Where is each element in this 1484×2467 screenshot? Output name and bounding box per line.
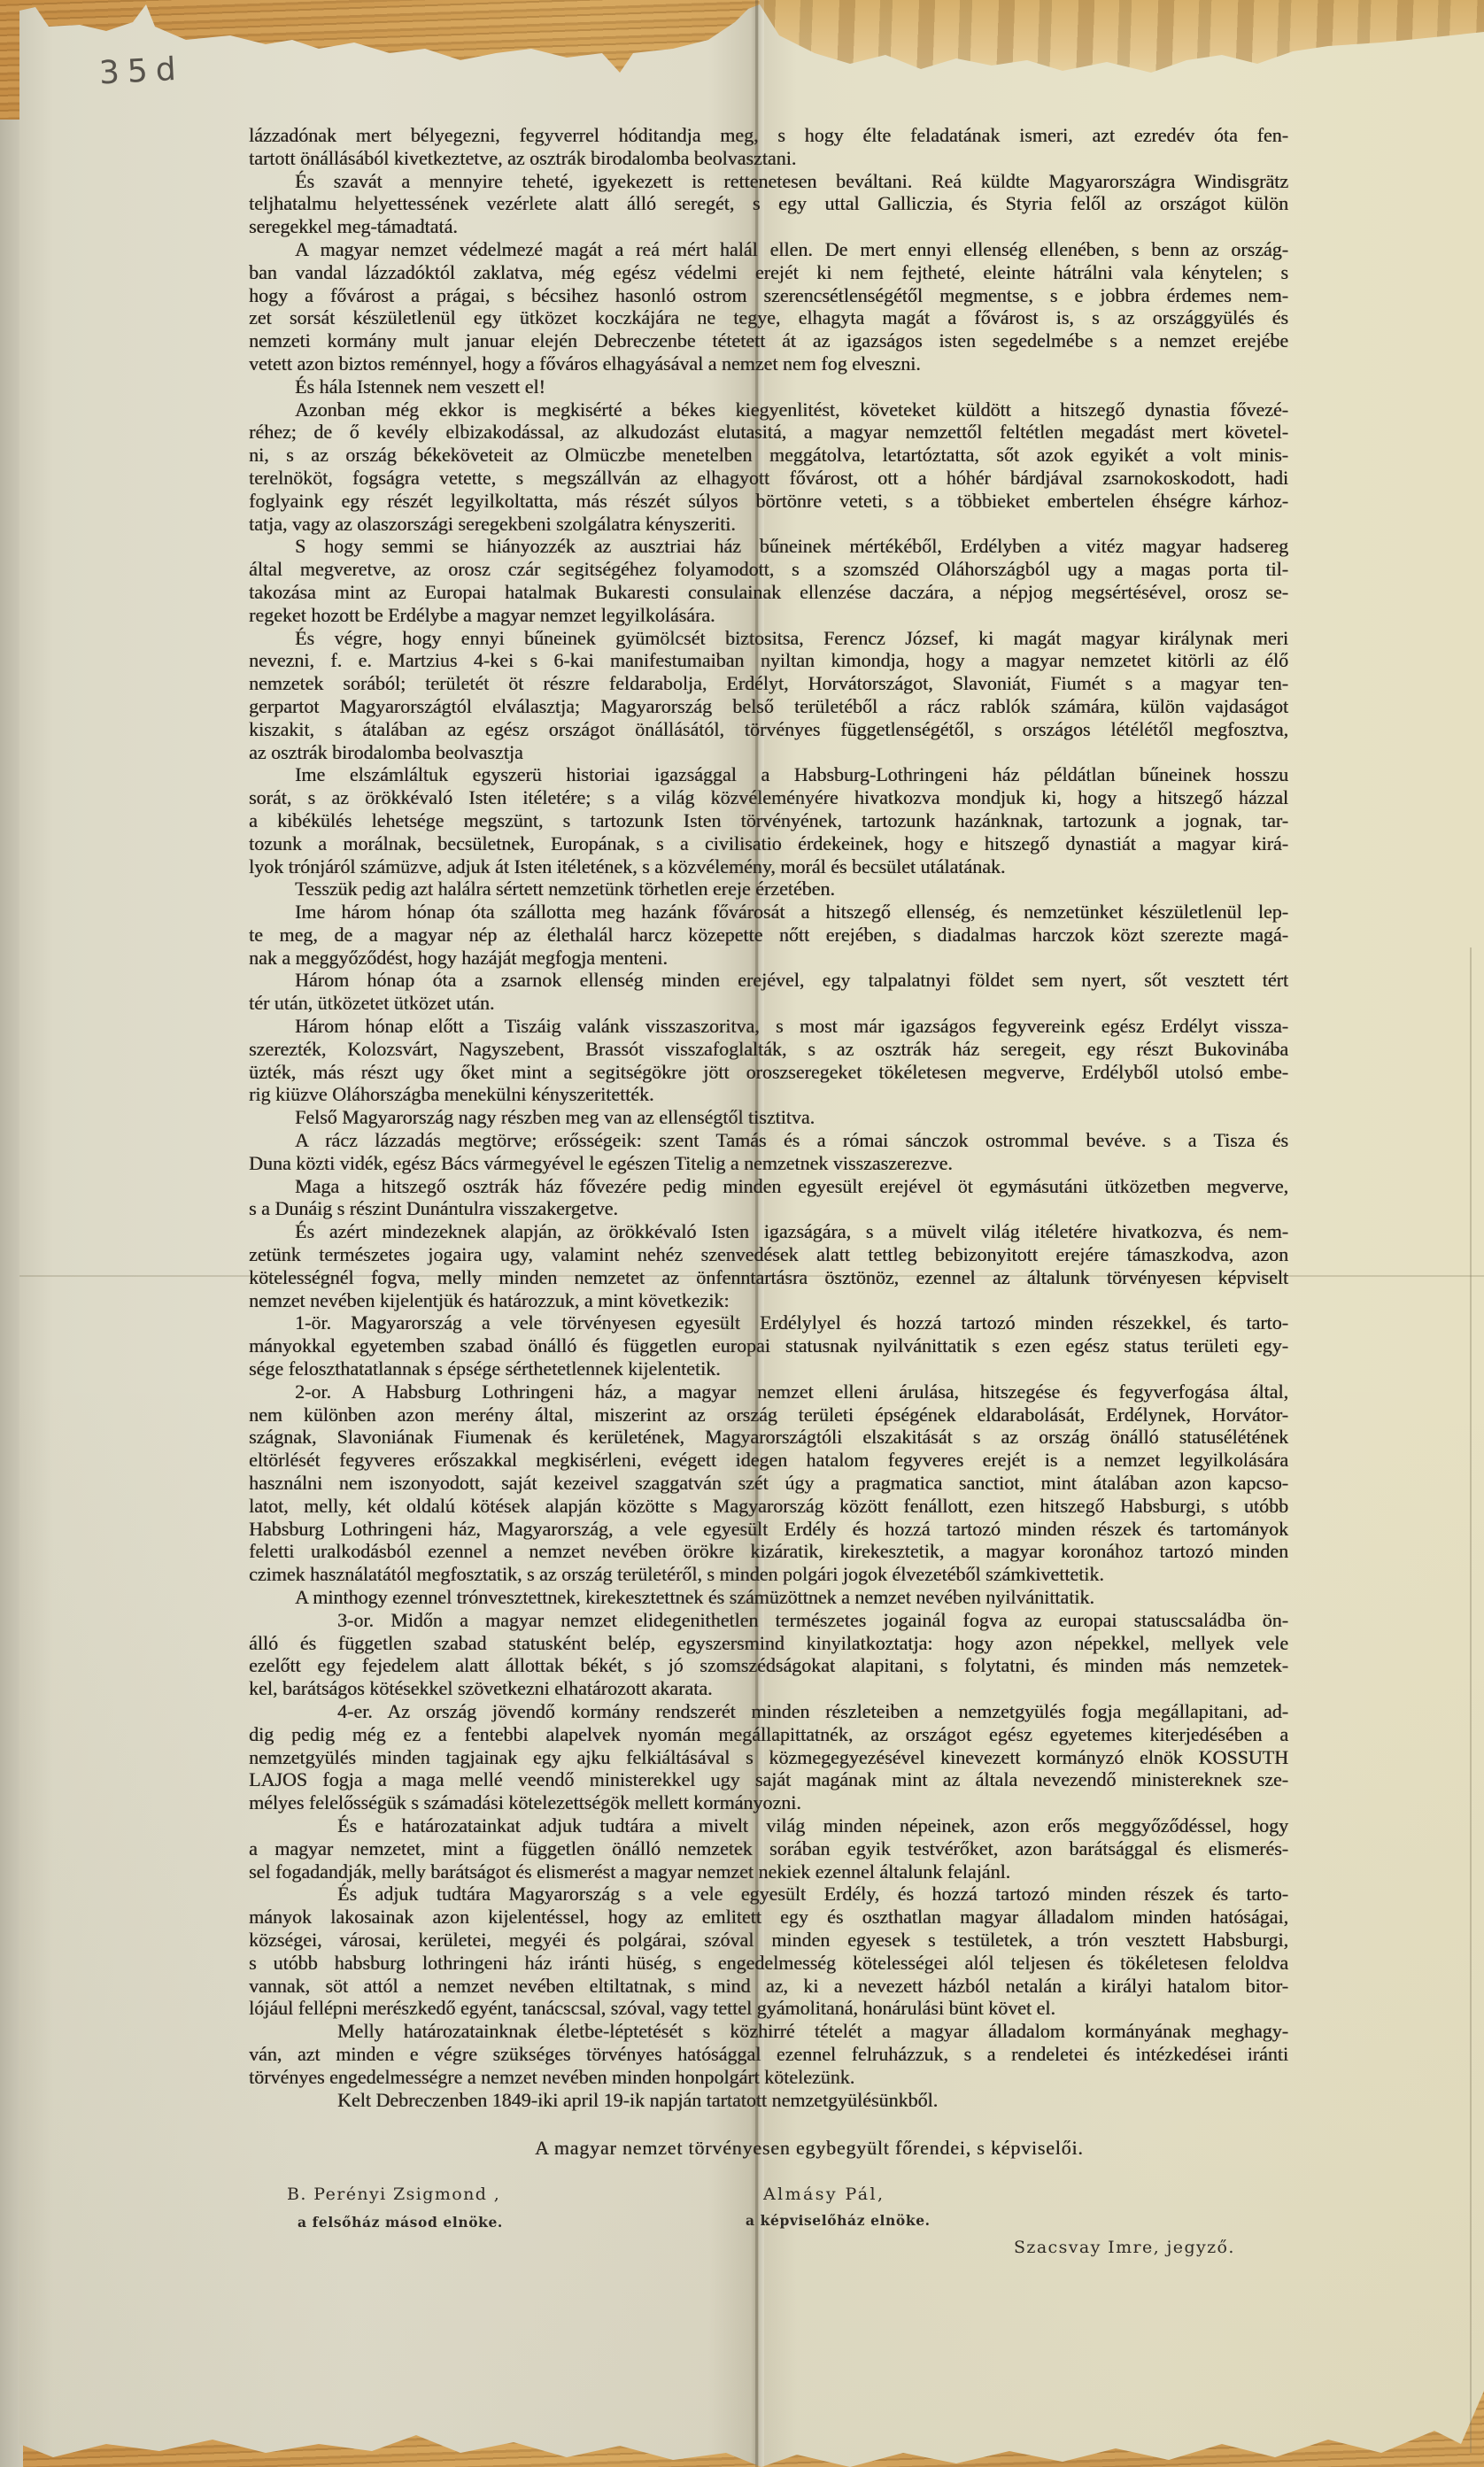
text-line: LAJOS fogja a maga mellé veendő minister… xyxy=(249,1768,1288,1791)
text-line: 1-ör. Magyarország a vele törvényesen eg… xyxy=(249,1311,1288,1334)
text-line: te meg, de a magyar nép az élethalál har… xyxy=(249,924,1288,947)
text-line: eltörlését fegyveres erőszakkal megkisér… xyxy=(249,1449,1288,1472)
text-line: ban vandal lázzadóktól zaklatva, még egé… xyxy=(249,261,1288,284)
text-line: És e határozatainkat adjuk tudtára a miv… xyxy=(249,1814,1288,1837)
text-line: a magyar nemzetet, mint a független önál… xyxy=(249,1837,1288,1860)
text-line: Három hónap előtt a Tiszáig valánk vissz… xyxy=(249,1015,1288,1038)
text-line: nevezni, f. e. Martzius 4-kei s 6-kai ma… xyxy=(249,649,1288,672)
paragraph: A magyar nemzet védelmezé magát a reá mé… xyxy=(249,238,1288,375)
text-line: kel, barátságos kötésekkel szövetkezni e… xyxy=(249,1677,1288,1700)
paragraph: Felső Magyarország nagy részben meg van … xyxy=(249,1106,1288,1129)
text-line: dig pedig még ez a fentebbi alapelvek ny… xyxy=(249,1723,1288,1746)
paragraph: S hogy semmi se hiányozzék az ausztriai … xyxy=(249,535,1288,626)
paragraph: És adjuk tudtára Magyarország s a vele e… xyxy=(249,1883,1288,2020)
paragraph: Három hónap előtt a Tiszáig valánk vissz… xyxy=(249,1015,1288,1106)
text-line: s a Dunáig s részint Dunántulra visszake… xyxy=(249,1197,1288,1220)
text-line: teljhatalmu helyettessének vezérlete ala… xyxy=(249,192,1288,215)
paragraph: A rácz lázzadás megtörve; erősségeik: sz… xyxy=(249,1129,1288,1175)
paragraph: Tesszük pedig azt halálra sértett nemzet… xyxy=(249,878,1288,901)
text-line: törvényes engedelmességre a nemzet nevéb… xyxy=(249,2066,1288,2089)
text-line: 3-or. Midőn a magyar nemzet elidegenithe… xyxy=(249,1609,1288,1632)
text-line: 4-er. Az ország jövendő kormány rendszer… xyxy=(249,1700,1288,1723)
signature-title: a felsőház másod elnöke. xyxy=(298,2214,503,2231)
text-line: A rácz lázzadás megtörve; erősségeik: sz… xyxy=(249,1129,1288,1152)
declaration-body: lázzadónak mert bélyegezni, fegyverrel h… xyxy=(249,124,1288,2111)
text-line: szerezték, Kolozsvárt, Nagyszebent, Bras… xyxy=(249,1038,1288,1061)
right-sheet-edge xyxy=(1470,947,1472,2453)
text-line: takozása mint az Europai hatalmak Bukare… xyxy=(249,581,1288,604)
text-line: vannak, söt attól a nemzet nevében eltil… xyxy=(249,1975,1288,1998)
handwritten-annotation: 35d xyxy=(98,51,185,92)
text-line: És adjuk tudtára Magyarország s a vele e… xyxy=(249,1883,1288,1906)
text-line: lyok trónjáról számüzve, adjuk át Isten … xyxy=(249,855,1288,878)
text-line: nem különben azon merény által, miszerin… xyxy=(249,1404,1288,1427)
text-line: terelnököt, fogságra vetette, s megszáll… xyxy=(249,467,1288,490)
text-line: foglyaink egy részét legyilkoltatta, más… xyxy=(249,490,1288,513)
paragraph: Ime elszámláltuk egyszerü historiai igaz… xyxy=(249,763,1288,878)
text-line: álló és független szabad statusként belé… xyxy=(249,1632,1288,1655)
paragraph: Maga a hitszegő osztrák ház fővezére ped… xyxy=(249,1175,1288,1221)
text-line: réhez; de ő kevély elbizakodással, az al… xyxy=(249,421,1288,444)
text-line: tér után, ütközetet ütközet után. xyxy=(249,992,1288,1015)
text-line: községei, városai, kerületei, megyéi és … xyxy=(249,1929,1288,1952)
text-line: által megveretve, az orosz czár segitség… xyxy=(249,558,1288,581)
paragraph: És hála Istennek nem veszett el! xyxy=(249,375,1288,398)
text-line: A magyar nemzet védelmezé magát a reá mé… xyxy=(249,238,1288,261)
text-line: zetünk természetes jogaira ugy, valamint… xyxy=(249,1243,1288,1266)
signature-title: a képviselőház elnöke. xyxy=(746,2212,931,2229)
text-line: gerpartot Magyarországtól elválasztja; M… xyxy=(249,695,1288,718)
text-line: sel fogadandják, melly barátságot és eli… xyxy=(249,1860,1288,1883)
text-line: regeket hozott be Erdélybe a magyar nemz… xyxy=(249,604,1288,627)
text-line: rig kiüzve Oláhországba menekülni kénysz… xyxy=(249,1083,1288,1106)
text-line: A minthogy ezennel trónvesztettnek, kire… xyxy=(249,1586,1288,1609)
text-line: használni nem iszonyodott, saját kezeive… xyxy=(249,1472,1288,1495)
text-line: az osztrák birodalomba beolvasztja xyxy=(249,741,1288,764)
text-line: mányokkal egyetemben szabad önálló és fü… xyxy=(249,1334,1288,1357)
paragraph: lázzadónak mert bélyegezni, fegyverrel h… xyxy=(249,124,1288,170)
text-line: lójául fellépni merészkedő egyént, tanác… xyxy=(249,1997,1288,2020)
paragraph: És azért mindezeknek alapján, az örökkév… xyxy=(249,1220,1288,1311)
text-line: És hála Istennek nem veszett el! xyxy=(249,375,1288,398)
text-line: lázzadónak mert bélyegezni, fegyverrel h… xyxy=(249,124,1288,147)
text-line: nemzetgyülés minden tagjainak egy ajku f… xyxy=(249,1746,1288,1769)
text-line: 2-or. A Habsburg Lothringeni ház, a magy… xyxy=(249,1380,1288,1404)
text-line: ezelőtt egy fejedelem alatt állottak bék… xyxy=(249,1654,1288,1677)
text-line: És azért mindezeknek alapján, az örökkév… xyxy=(249,1220,1288,1243)
text-line: tozunk a morálnak, becsületnek, Europána… xyxy=(249,832,1288,855)
text-line: Ime elszámláltuk egyszerü historiai igaz… xyxy=(249,763,1288,786)
text-line: seregekkel meg-támadtatá. xyxy=(249,215,1288,238)
paragraph: Ime három hónap óta szállotta meg hazánk… xyxy=(249,901,1288,969)
dateline: Kelt Debreczenben 1849-iki april 19-ik n… xyxy=(249,2089,1288,2112)
signature-name: Szacsvay Imre, jegyző. xyxy=(1014,2238,1235,2257)
text-line: ván, azt minden e végre szükséges törvén… xyxy=(249,2043,1288,2066)
text-line: S hogy semmi se hiányozzék az ausztriai … xyxy=(249,535,1288,558)
text-line: kiszakit, s átalában az egész országot ö… xyxy=(249,718,1288,741)
signature-name: Almásy Pál, xyxy=(763,2185,885,2204)
text-line: nak a meggyőződést, hogy hazáját megfogj… xyxy=(249,947,1288,970)
text-line: ni, s az ország békeköveteit az Olmüczbe… xyxy=(249,444,1288,467)
text-line: Azonban még ekkor is megkisérté a békes … xyxy=(249,398,1288,421)
text-line: És végre, hogy ennyi bűneinek gyümölcsét… xyxy=(249,627,1288,650)
paragraph: És e határozatainkat adjuk tudtára a miv… xyxy=(249,1814,1288,1883)
text-line: Melly határozatainknak életbe-léptetését… xyxy=(249,2020,1288,2043)
paragraph: Azonban még ekkor is megkisérté a békes … xyxy=(249,398,1288,536)
paragraph-article-1: 1-ör. Magyarország a vele törvényesen eg… xyxy=(249,1311,1288,1380)
text-line: Maga a hitszegő osztrák ház fővezére ped… xyxy=(249,1175,1288,1198)
text-line: s utóbb habsburg lothringeni ház iránti … xyxy=(249,1952,1288,1975)
text-line: vetett azon biztos reménnyel, hogy a főv… xyxy=(249,352,1288,375)
text-line: nemzetek sorából; területét öt részre fe… xyxy=(249,672,1288,695)
text-line: Ime három hónap óta szállotta meg hazánk… xyxy=(249,901,1288,924)
text-line: nemzeti kormány mult januar elején Debre… xyxy=(249,329,1288,352)
text-line: Habsburg Lothringeni ház, Magyarország, … xyxy=(249,1518,1288,1541)
paragraph-article-2: 2-or. A Habsburg Lothringeni ház, a magy… xyxy=(249,1380,1288,1586)
paragraph: És végre, hogy ennyi bűneinek gyümölcsét… xyxy=(249,627,1288,764)
text-line: czimek használatától megfosztatik, s az … xyxy=(249,1563,1288,1586)
text-line: Duna közti vidék, egész Bács vármegyével… xyxy=(249,1152,1288,1175)
signature-name: B. Perényi Zsigmond , xyxy=(287,2185,500,2204)
text-line: Kelt Debreczenben 1849-iki april 19-ik n… xyxy=(249,2089,1288,2112)
text-line: sége feloszthatatlannak s épsége sérthet… xyxy=(249,1357,1288,1380)
text-line: a kibékülés lehetsége megszünt, s tartoz… xyxy=(249,809,1288,832)
text-line: szágnak, Slavoniának Fiumenak és kerület… xyxy=(249,1426,1288,1449)
text-line: mélyes felelősségük s számadási köteleze… xyxy=(249,1791,1288,1814)
text-line: Három hónap óta a zsarnok ellenség minde… xyxy=(249,969,1288,992)
closing-line: A magyar nemzet törvényesen egybegyült f… xyxy=(535,2137,1084,2160)
text-line: sorát, s az örökkévaló Isten itéletére; … xyxy=(249,786,1288,809)
paragraph-article-4: 4-er. Az ország jövendő kormány rendszer… xyxy=(249,1700,1288,1814)
text-line: latot, melly, két oldalú kötések alapján… xyxy=(249,1495,1288,1518)
paragraph: Melly határozatainknak életbe-léptetését… xyxy=(249,2020,1288,2088)
text-line: feletti uralkodásból ezennel a nemzet ne… xyxy=(249,1540,1288,1563)
text-line: mányok lakosainak azon kijelentéssel, ho… xyxy=(249,1906,1288,1929)
paragraph: A minthogy ezennel trónvesztettnek, kire… xyxy=(249,1586,1288,1609)
text-line: És szavát a mennyire teheté, igyekezett … xyxy=(249,170,1288,193)
text-line: Tesszük pedig azt halálra sértett nemzet… xyxy=(249,878,1288,901)
paragraph: Három hónap óta a zsarnok ellenség minde… xyxy=(249,969,1288,1015)
text-line: nemzet nevében kijelentjük és határozzuk… xyxy=(249,1289,1288,1312)
text-line: tartott önállásából kivetkeztetve, az os… xyxy=(249,147,1288,170)
text-line: tatja, vagy az olaszországi seregekbeni … xyxy=(249,513,1288,536)
paragraph-article-3: 3-or. Midőn a magyar nemzet elidegenithe… xyxy=(249,1609,1288,1700)
paragraph: És szavát a mennyire teheté, igyekezett … xyxy=(249,170,1288,238)
text-line: hogy a fővárost a prágai, s bécsihez has… xyxy=(249,284,1288,307)
text-line: kötelességnél fogva, melly minden nemzet… xyxy=(249,1266,1288,1289)
text-line: zet sorsát készületlenül egy ütközet koc… xyxy=(249,306,1288,329)
text-line: üzték, más részt ugy őket mint a segitsé… xyxy=(249,1061,1288,1084)
text-line: Felső Magyarország nagy részben meg van … xyxy=(249,1106,1288,1129)
